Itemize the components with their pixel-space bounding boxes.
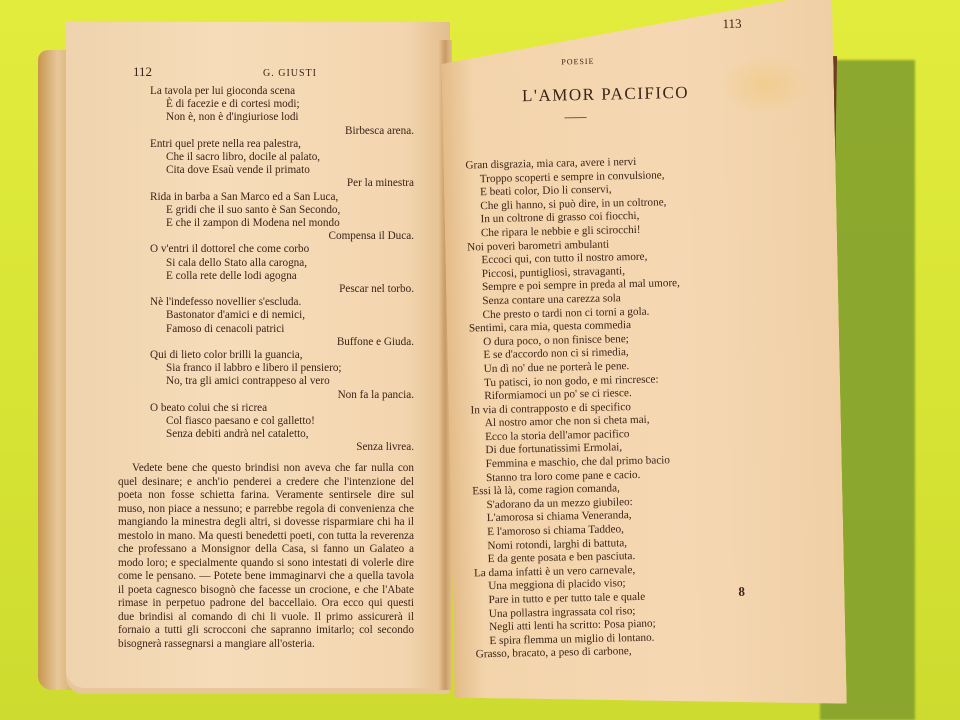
verse-line: Rida in barba a San Marco ed a San Luca,: [150, 191, 470, 204]
verse-line: E che il zampon di Modena nel mondo: [150, 217, 470, 230]
verse-line: No, tra gli amici contrappeso al vero: [150, 375, 470, 388]
verse-line: Per la minestra: [150, 177, 470, 190]
signature-mark: 8: [738, 584, 745, 600]
right-page: 113 POESIE L'AMOR PACIFICO Gran disgrazi…: [440, 0, 847, 712]
page-number: 113: [722, 16, 741, 32]
page-number: 112: [133, 64, 152, 80]
verse-line: Non fa la pancia.: [150, 389, 470, 402]
poem-verse: Gran disgrazia, mia cara, avere i nerviT…: [465, 152, 815, 662]
verse-line: La tavola per lui gioconda scena: [150, 85, 470, 98]
verse-line: Nè l'indefesso novellier s'escluda.: [150, 296, 470, 309]
paper-stain: [719, 54, 810, 116]
verse-line: Col fiasco paesano e col galletto!: [150, 415, 470, 428]
verse-line: O beato colui che si ricrea: [150, 402, 470, 415]
photo-scene: 112 G. GIUSTI La tavola per lui gioconda…: [0, 0, 960, 720]
left-page: 112 G. GIUSTI La tavola per lui gioconda…: [66, 22, 450, 694]
title-rule: [564, 117, 586, 118]
running-head: POESIE: [561, 57, 594, 67]
verse-line: Compensa il Duca.: [150, 230, 470, 243]
verse-line: Buffone e Giuda.: [150, 336, 470, 349]
prose-paragraph: Vedete bene che questo brindisi non avev…: [118, 462, 414, 651]
verse-line: Qui di lieto color brilli la guancia,: [150, 349, 470, 362]
verse-line: O v'entri il dottorel che come corbo: [150, 243, 470, 256]
poem-verse: La tavola per lui gioconda scenaÈ di fac…: [150, 85, 470, 455]
verse-line: Si cala dello Stato alla carogna,: [150, 257, 470, 270]
verse-line: Bastonator d'amici e di nemici,: [150, 309, 470, 322]
verse-line: Senza debiti andrà nel cataletto,: [150, 428, 470, 441]
verse-line: Birbesca arena.: [150, 125, 470, 138]
poem-title: L'AMOR PACIFICO: [522, 83, 689, 106]
verse-line: Senza livrea.: [150, 441, 470, 454]
verse-line: Non è, non è d'ingiuriose lodi: [150, 111, 470, 124]
verse-line: Che il sacro libro, docile al palato,: [150, 151, 470, 164]
verse-line: Cita dove Esaù vende il primato: [150, 164, 470, 177]
verse-line: È di facezie e di cortesi modi;: [150, 98, 470, 111]
running-head: G. GIUSTI: [263, 68, 317, 79]
verse-line: Entri quel prete nella rea palestra,: [150, 138, 470, 151]
verse-line: Sia franco il labbro e libero il pensier…: [150, 362, 470, 375]
verse-line: Pescar nel torbo.: [150, 283, 470, 296]
verse-line: E gridi che il suo santo è San Secondo,: [150, 204, 470, 217]
verse-line: Famoso di cenacoli patrici: [150, 323, 470, 336]
verse-line: E colla rete delle lodi agogna: [150, 270, 470, 283]
